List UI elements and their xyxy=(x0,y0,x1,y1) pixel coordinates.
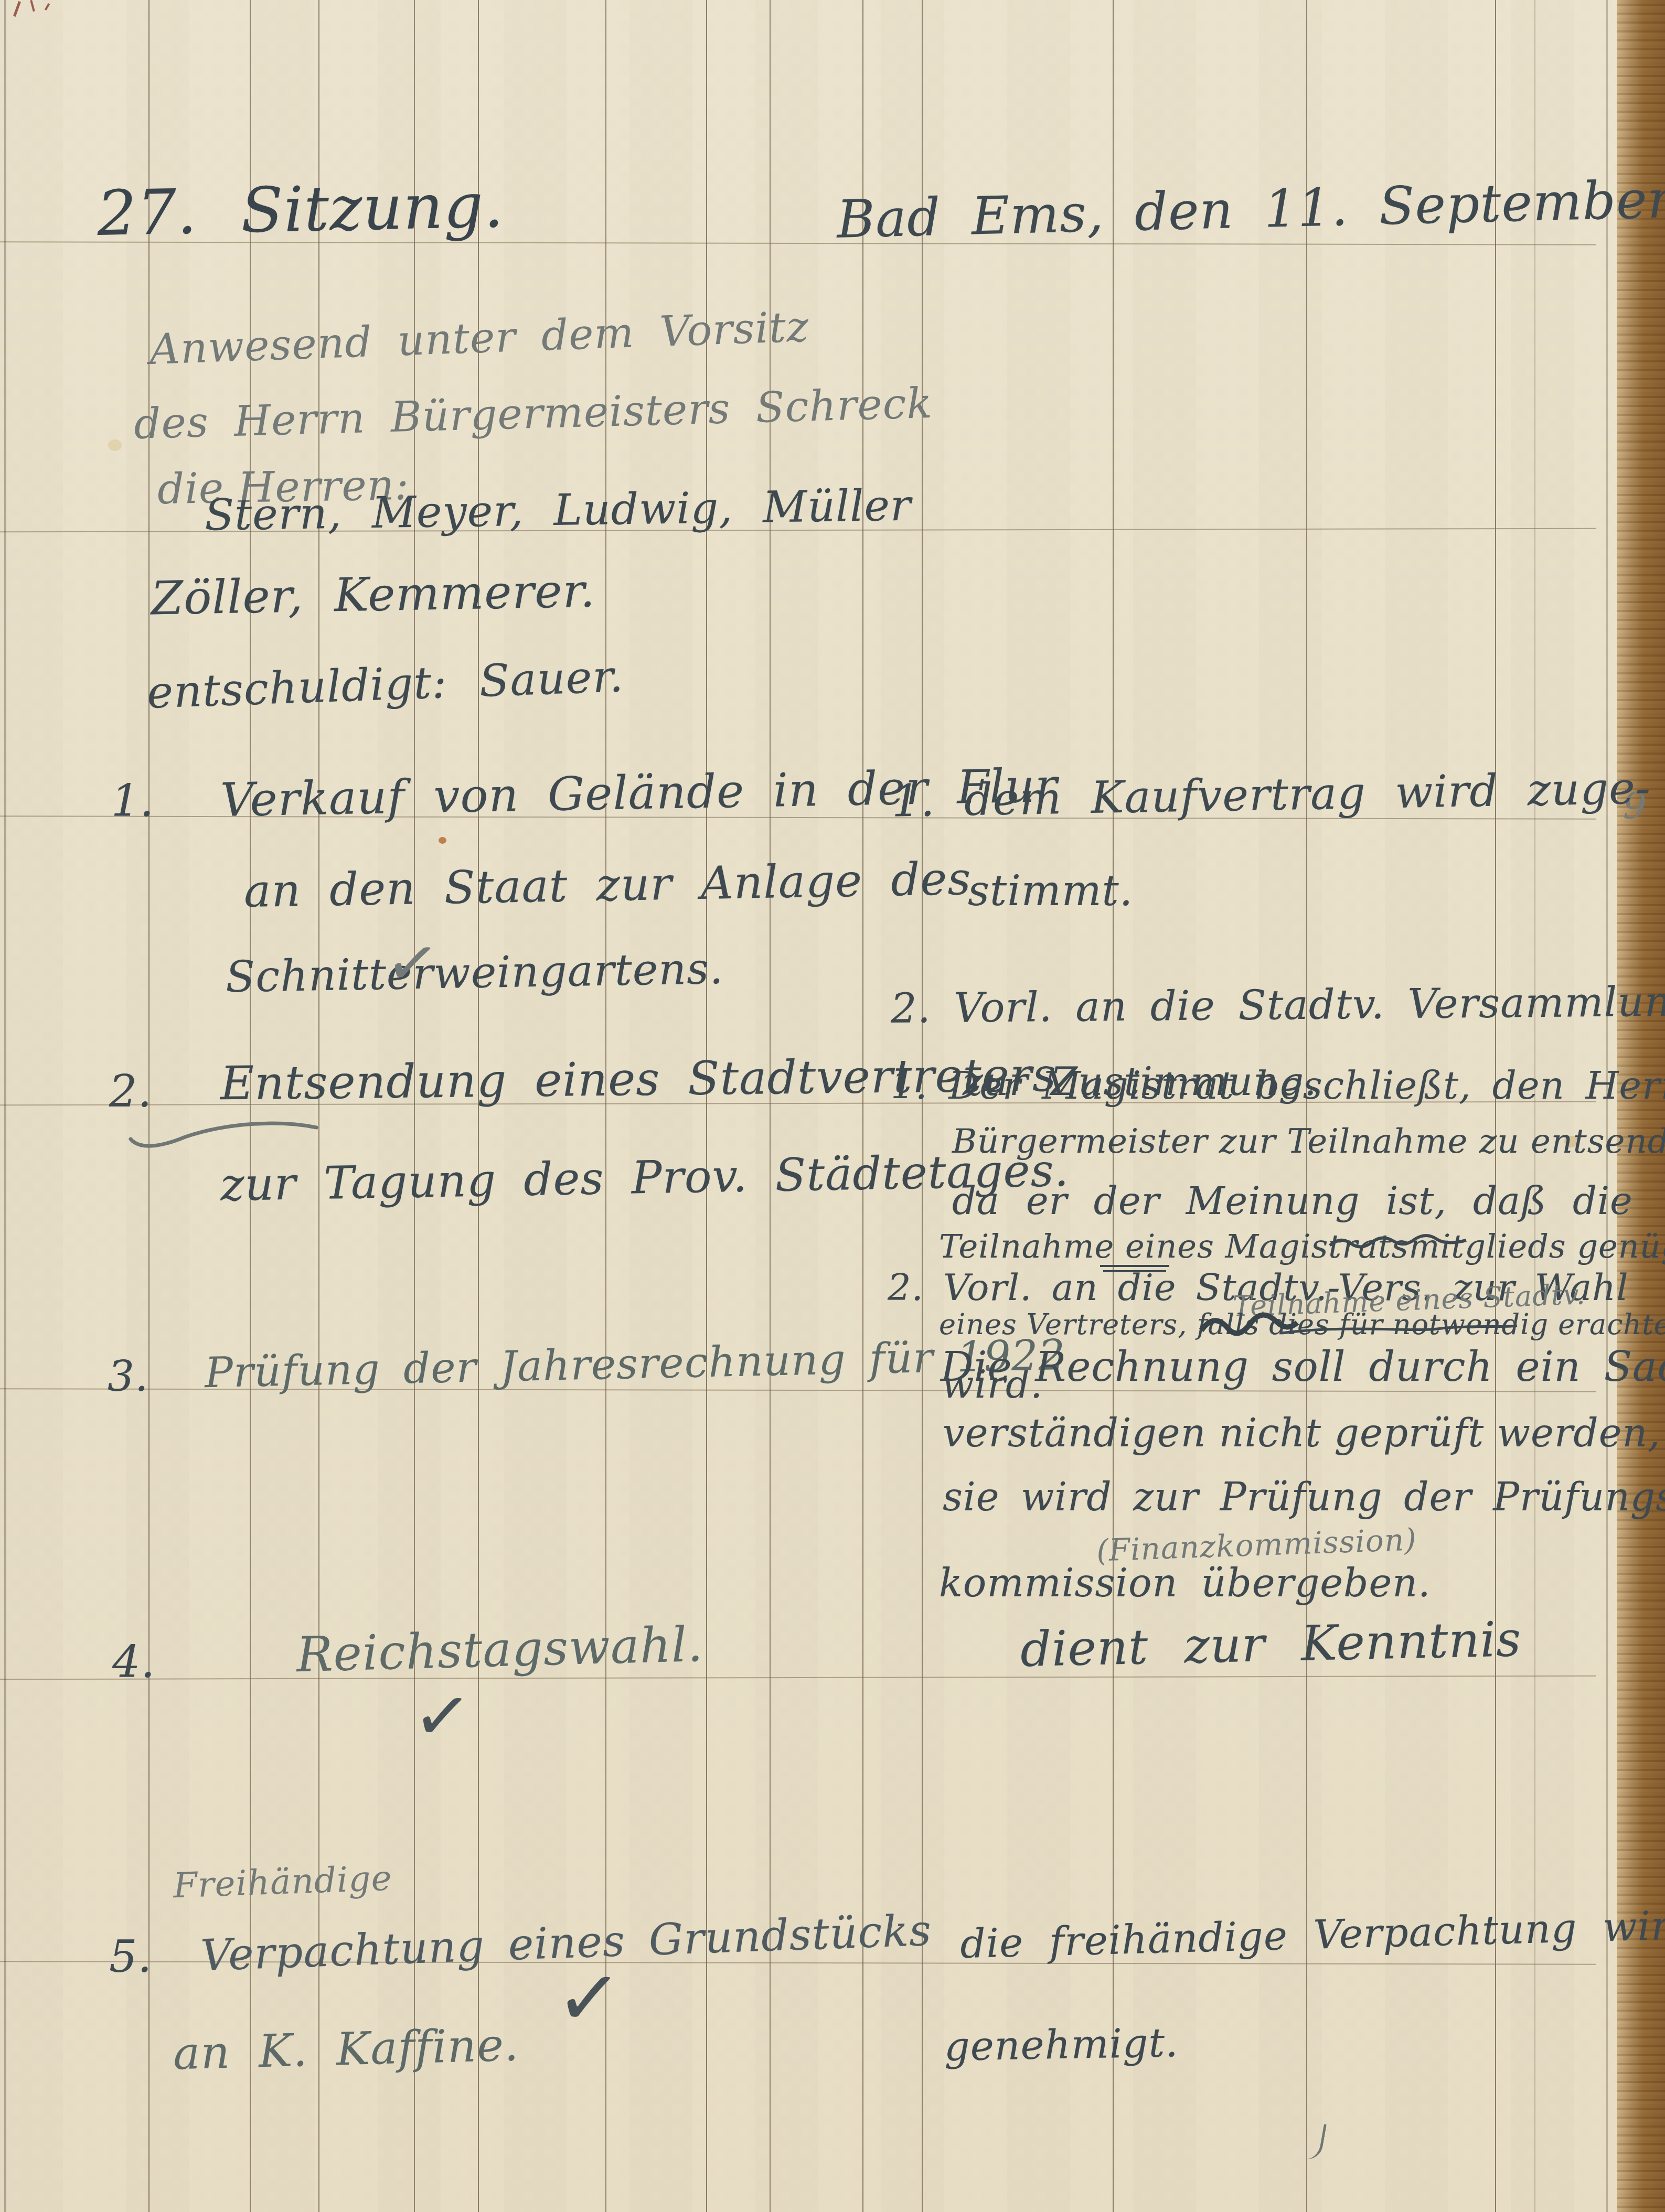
ink-strikethrough xyxy=(1327,1232,1469,1253)
resolution-line: Teilnahme eines Magistratsmitglieds genü… xyxy=(939,1227,1665,1265)
session-number: 27. Sitzung. xyxy=(97,169,505,250)
paper-stain xyxy=(108,439,122,451)
topic-line: an K. Kaffine. xyxy=(173,2018,520,2080)
pencil-stroke xyxy=(123,1107,323,1154)
attendance-line: des Herrn Bürgermeisters Schreck xyxy=(133,379,933,448)
ink-fleck xyxy=(30,0,35,12)
baseline-rule xyxy=(0,1676,1596,1680)
ink-checkmark-icon: ✓ xyxy=(409,1673,476,1760)
resolution-line: verständigen nicht geprüft werden, xyxy=(943,1411,1661,1456)
resolution-line: Die Rechnung soll durch ein Sach- xyxy=(941,1344,1665,1391)
protocol-page: 27. Sitzung. Bad Ems, den 11. September … xyxy=(0,0,1665,2212)
ink-fleck xyxy=(45,3,50,10)
resolution-line: 2. Vorl. an die Stadtv. Versammlung xyxy=(891,978,1665,1032)
ink-underline xyxy=(1099,1263,1172,1274)
pencil-checkmark-icon: ✓ xyxy=(381,924,444,1004)
resolution-line: stimmt. xyxy=(968,866,1133,915)
resolution-line: genehmigt. xyxy=(944,2019,1179,2070)
rust-stain xyxy=(439,837,446,844)
ink-checkmark-icon: ✓ xyxy=(553,1951,626,2046)
item-number: 5. xyxy=(109,1931,152,1982)
topic-line: Reichstagswahl. xyxy=(296,1616,704,1683)
scan-edge-shadow xyxy=(4,0,6,2212)
topic-line: Schnitterweingartens. xyxy=(225,944,724,1003)
item-number: 4. xyxy=(112,1636,155,1688)
attendance-line: Zöller, Kemmerer. xyxy=(151,564,595,626)
resolution-line: dient zur Kenntnis xyxy=(1020,1611,1522,1678)
topic-line: zur Tagung des Prov. Städtetages. xyxy=(220,1144,1070,1211)
resolution-line: kommission übergeben. xyxy=(939,1561,1431,1606)
interlinear-insertion: Freihändige xyxy=(173,1858,393,1906)
resolution-line: die freihändige Verpachtung wird xyxy=(959,1902,1665,1968)
column-rule xyxy=(862,0,863,2212)
attendance-line: entschuldigt: Sauer. xyxy=(146,650,625,718)
item-number: 3. xyxy=(108,1352,148,1401)
item-number: 1. xyxy=(111,775,154,826)
resolution-line: sie wird zur Prüfung der Prüfungs- xyxy=(943,1475,1665,1520)
attendance-line: Anwesend unter dem Vorsitz xyxy=(149,302,810,374)
place-date: Bad Ems, den 11. September 1925. xyxy=(836,165,1665,250)
attendance-line: Stern, Meyer, Ludwig, Müller xyxy=(204,481,911,541)
ink-strikethrough xyxy=(1280,1322,1521,1337)
resolution-line: da er der Meinung ist, daß die xyxy=(952,1179,1633,1223)
ink-fleck xyxy=(13,1,21,17)
pencil-stroke xyxy=(1304,2122,1327,2162)
resolution-line: 1. Der Magistrat beschließt, den Herrn xyxy=(891,1064,1665,1108)
topic-line: Prüfung der Jahresrechnung für 1922 xyxy=(204,1330,1066,1397)
resolution-line: Bürgermeister zur Teilnahme zu entsenden… xyxy=(952,1122,1665,1161)
